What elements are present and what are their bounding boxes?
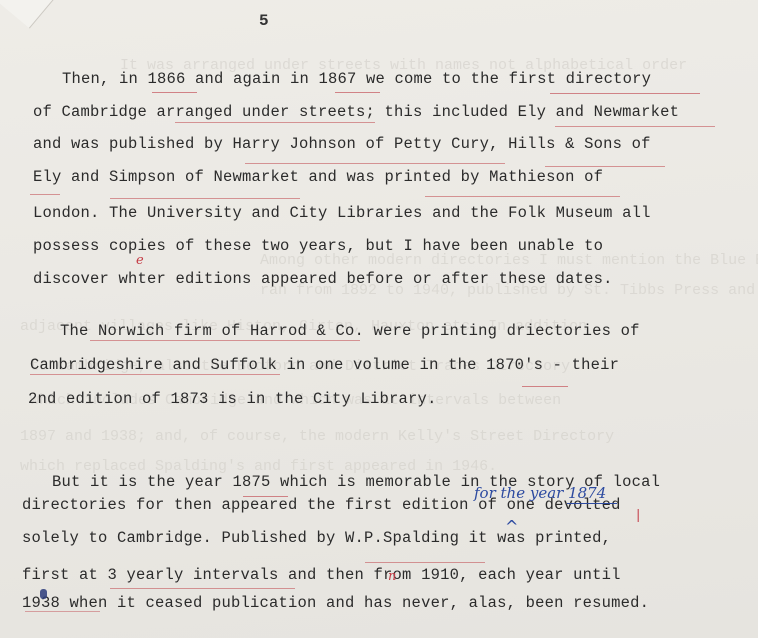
underline-mark	[110, 198, 300, 199]
text-line: 2nd edition of 1873 is in the City Libra…	[28, 390, 437, 408]
underline-mark	[25, 611, 100, 612]
underline-mark	[335, 92, 380, 93]
ink-blot	[40, 589, 47, 599]
insert-caret-icon: ^	[505, 517, 518, 536]
underline-mark	[425, 196, 620, 197]
page-number: 5	[259, 12, 269, 30]
underline-mark	[245, 163, 505, 164]
text-line: Cambridgeshire and Suffolk in one volume…	[30, 356, 619, 374]
underline-mark	[90, 340, 360, 341]
underline-mark	[555, 126, 715, 127]
underline-mark	[243, 496, 288, 497]
text-line: discover whter editions appeared before …	[33, 270, 613, 288]
correction-mark: |	[636, 508, 640, 523]
bleed-line: 1897 and 1938; and, of course, the moder…	[20, 428, 614, 445]
text-line: The Norwich firm of Harrod & Co. were pr…	[60, 322, 640, 340]
underline-mark	[365, 562, 485, 563]
text-line: London. The University and City Librarie…	[33, 204, 651, 222]
underline-mark	[522, 386, 568, 387]
underline-mark	[30, 194, 60, 195]
page-corner-fold	[0, 0, 94, 28]
correction-mark: n	[388, 569, 396, 584]
underline-mark	[152, 92, 197, 93]
underline-mark	[545, 166, 665, 167]
text-line: first at 3 yearly intervals and then fro…	[22, 566, 621, 584]
underline-mark	[110, 588, 295, 589]
insert-underline	[567, 503, 617, 504]
text-line: Then, in 1866 and again in 1867 we come …	[62, 70, 651, 88]
text-line: 1938 when it ceased publication and has …	[22, 594, 649, 612]
underline-mark	[175, 122, 375, 123]
handwritten-insert: for the year 1874	[474, 484, 606, 502]
text-line: Ely and Simpson of Newmarket and was pri…	[33, 168, 603, 186]
text-line: possess copies of these two years, but I…	[33, 237, 603, 255]
text-line: and was published by Harry Johnson of Pe…	[33, 135, 651, 153]
correction-mark: e	[136, 253, 144, 268]
text-line: solely to Cambridge. Published by W.P.Sp…	[22, 529, 611, 547]
underline-mark	[30, 374, 280, 375]
underline-mark	[550, 93, 700, 94]
text-line: of Cambridge arranged under streets; thi…	[33, 103, 679, 121]
